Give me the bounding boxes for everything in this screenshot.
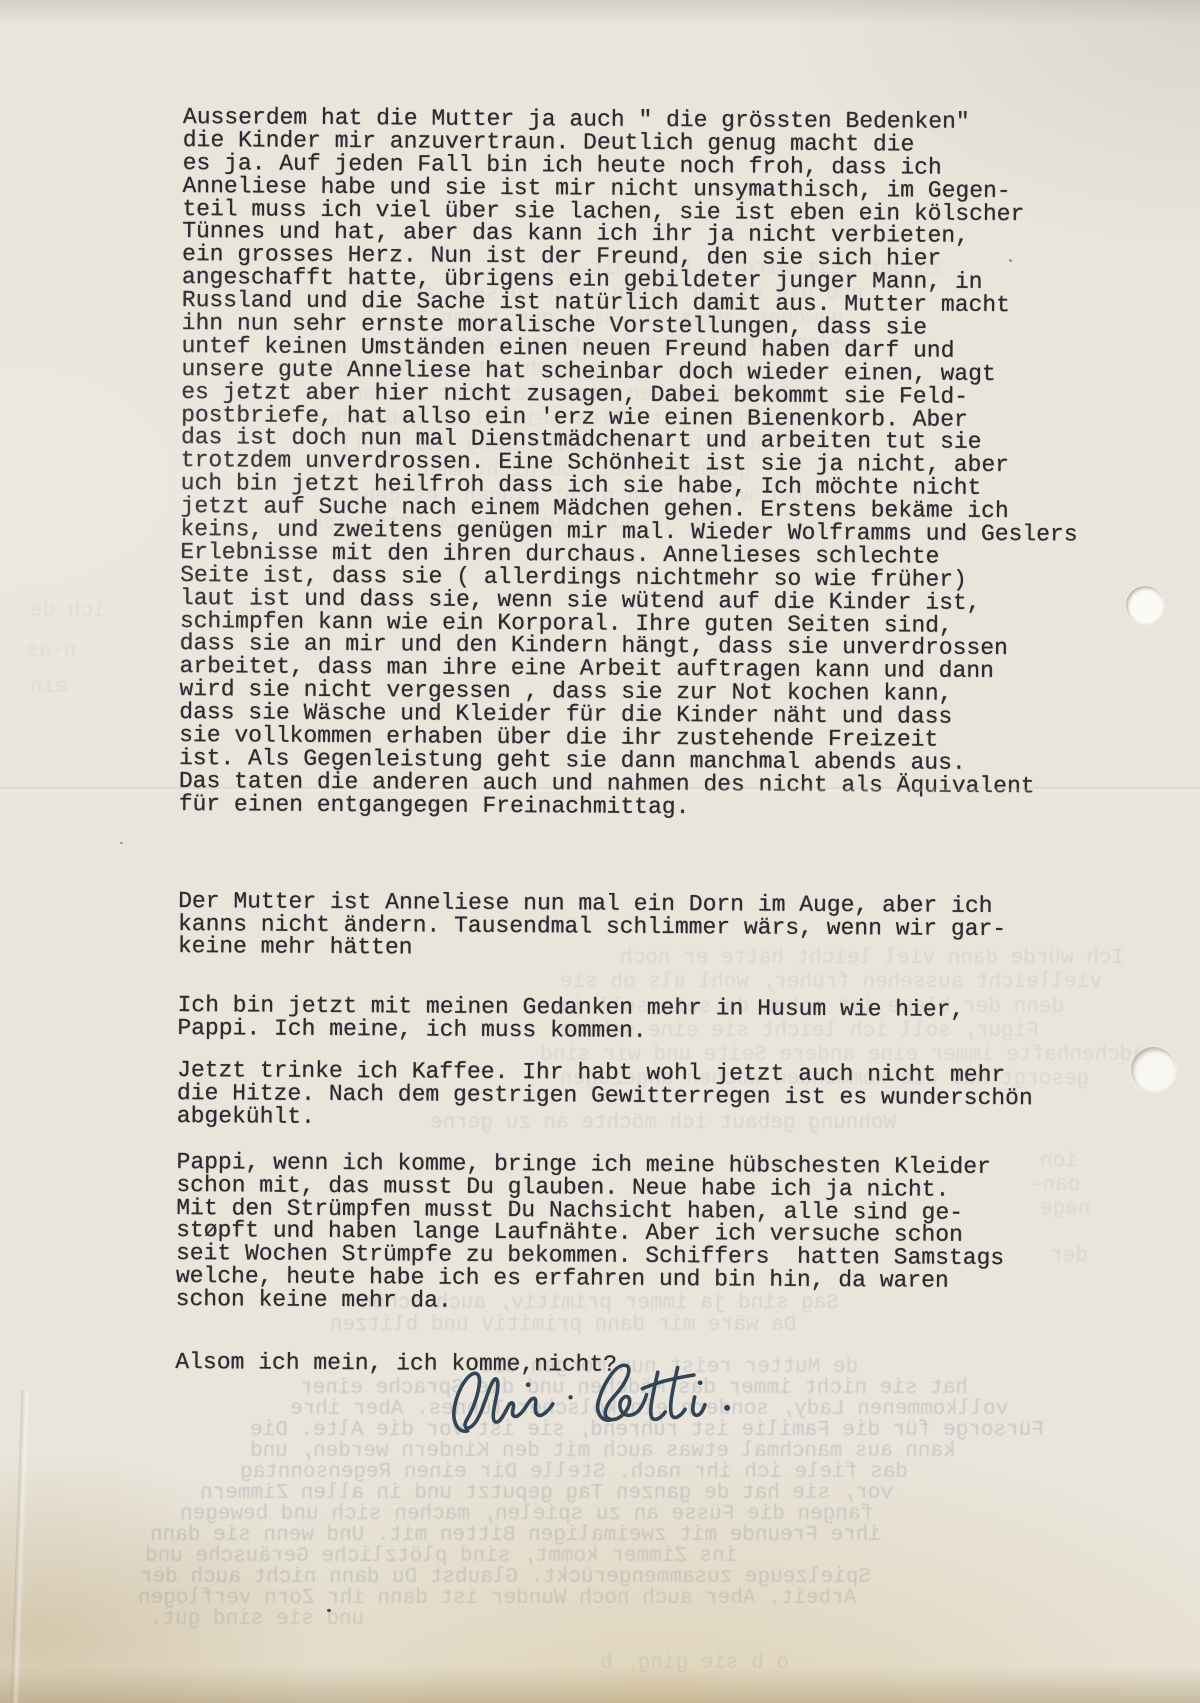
paragraph: Jetzt trinke ich Kaffee. Ihr habt wohl j…	[177, 1059, 1097, 1133]
handwritten-signature	[441, 1350, 774, 1461]
signature-stroke	[568, 1395, 573, 1400]
bleedthrough-line: das fiele ich ihr nach. Stelle Dir einen…	[240, 1461, 908, 1484]
signature-stroke	[642, 1375, 694, 1389]
bleedthrough-line: ich de	[30, 600, 106, 623]
punch-hole-top	[1126, 586, 1164, 624]
bleedthrough-line: und sie sind gut.	[150, 1608, 364, 1631]
signature-stroke	[724, 1405, 730, 1411]
paragraph: Ich bin jetzt mit meinen Gedanken mehr i…	[177, 994, 1097, 1045]
paragraph: Pappi, wenn ich komme, bringe ich meine …	[176, 1151, 1097, 1317]
signature	[441, 1350, 774, 1466]
signature-stroke	[698, 1380, 703, 1385]
bleedthrough-line: Arbeit. Aber auch noch Wunder ist dann i…	[138, 1587, 856, 1610]
bleedthrough-line: Spielzeuge zusammengerückt. Glaubst Du d…	[140, 1566, 871, 1589]
paper: o b sie ging, bund sie sind gut.Arbeit. …	[0, 0, 1200, 1703]
punch-hole-bottom	[1131, 1047, 1176, 1092]
signature-stroke	[596, 1365, 647, 1421]
signature-stroke	[669, 1367, 685, 1417]
typed-text: Ausserdem hat die Mutter ja auch " die g…	[175, 106, 1103, 1379]
signature-stroke	[526, 1382, 531, 1387]
ink-speck	[327, 1609, 331, 1612]
signature-stroke	[452, 1371, 553, 1432]
edge-crease	[11, 1390, 31, 1703]
ink-speck	[120, 842, 123, 844]
typed-line: schon keine mehr da.	[176, 1288, 1096, 1317]
paragraph: Ausserdem hat die Mutter ja auch " die g…	[179, 106, 1103, 821]
bleedthrough-line: vor, sie hat de ganzen Tag geputzt und i…	[200, 1482, 893, 1505]
bleedthrough-line: n-as	[26, 640, 76, 663]
bleedthrough-line: o b sie ging, b	[600, 1652, 789, 1675]
signature-stroke	[649, 1372, 665, 1419]
bleedthrough-line: ins Zimmer kommt, sind plötzliche Geräus…	[145, 1545, 737, 1568]
bleedthrough-line: fangen die Füsse an zu spielen, machen s…	[180, 1503, 873, 1526]
bleedthrough-line: ihre Freunde mit zweimaligen Bitten mit.…	[150, 1524, 881, 1547]
paragraph: Der Mutter ist Anneliese nun mal ein Dor…	[178, 890, 1098, 964]
fold-crease	[0, 786, 1200, 792]
bleedthrough-line: ein	[30, 676, 68, 699]
ink-speck	[1009, 259, 1012, 262]
signature-stroke	[692, 1397, 705, 1416]
